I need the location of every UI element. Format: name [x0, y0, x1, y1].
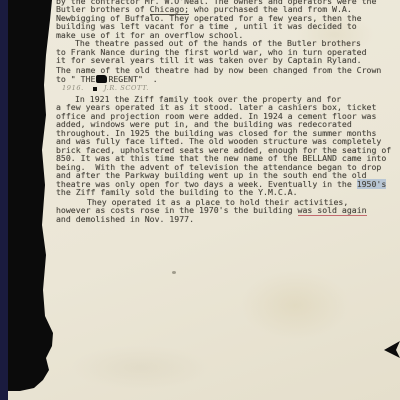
highlighted-date: 1950's: [357, 179, 387, 189]
text-run: it for several years till it was taken o…: [56, 55, 362, 65]
ink-blot: [96, 75, 107, 83]
typewritten-text: by the contractor Mr. W.O'Neal. The owne…: [56, 0, 400, 223]
typewritten-line: and demolished in Nov. 1977.: [56, 215, 400, 223]
text-run: and demolished in Nov. 1977.: [56, 214, 194, 224]
typewritten-line: 1916.J.R. SCOTT.: [62, 83, 400, 92]
pencil-annotation: J.R. SCOTT.: [104, 84, 149, 92]
scanned-document-photo: by the contractor Mr. W.O'Neal. The owne…: [0, 0, 400, 400]
text-run: the Ziff family sold the building to the…: [56, 187, 298, 197]
text-run: The name of the old theatre had by now b…: [56, 65, 381, 75]
pencil-annotation: 1916.: [62, 84, 84, 92]
ink-dot: [93, 87, 97, 91]
paper-stain: [240, 270, 350, 340]
paper-stain: [70, 345, 210, 390]
typewritten-line: to " THEREGENT" .: [56, 75, 400, 83]
typewritten-line: the Ziff family sold the building to the…: [56, 188, 400, 196]
typewritten-line: it for several years till it was taken o…: [56, 56, 400, 64]
paper-speck: [172, 271, 176, 274]
photo-edge-strip: [0, 0, 8, 400]
red-underlined-phrase: was sold again: [298, 205, 367, 216]
